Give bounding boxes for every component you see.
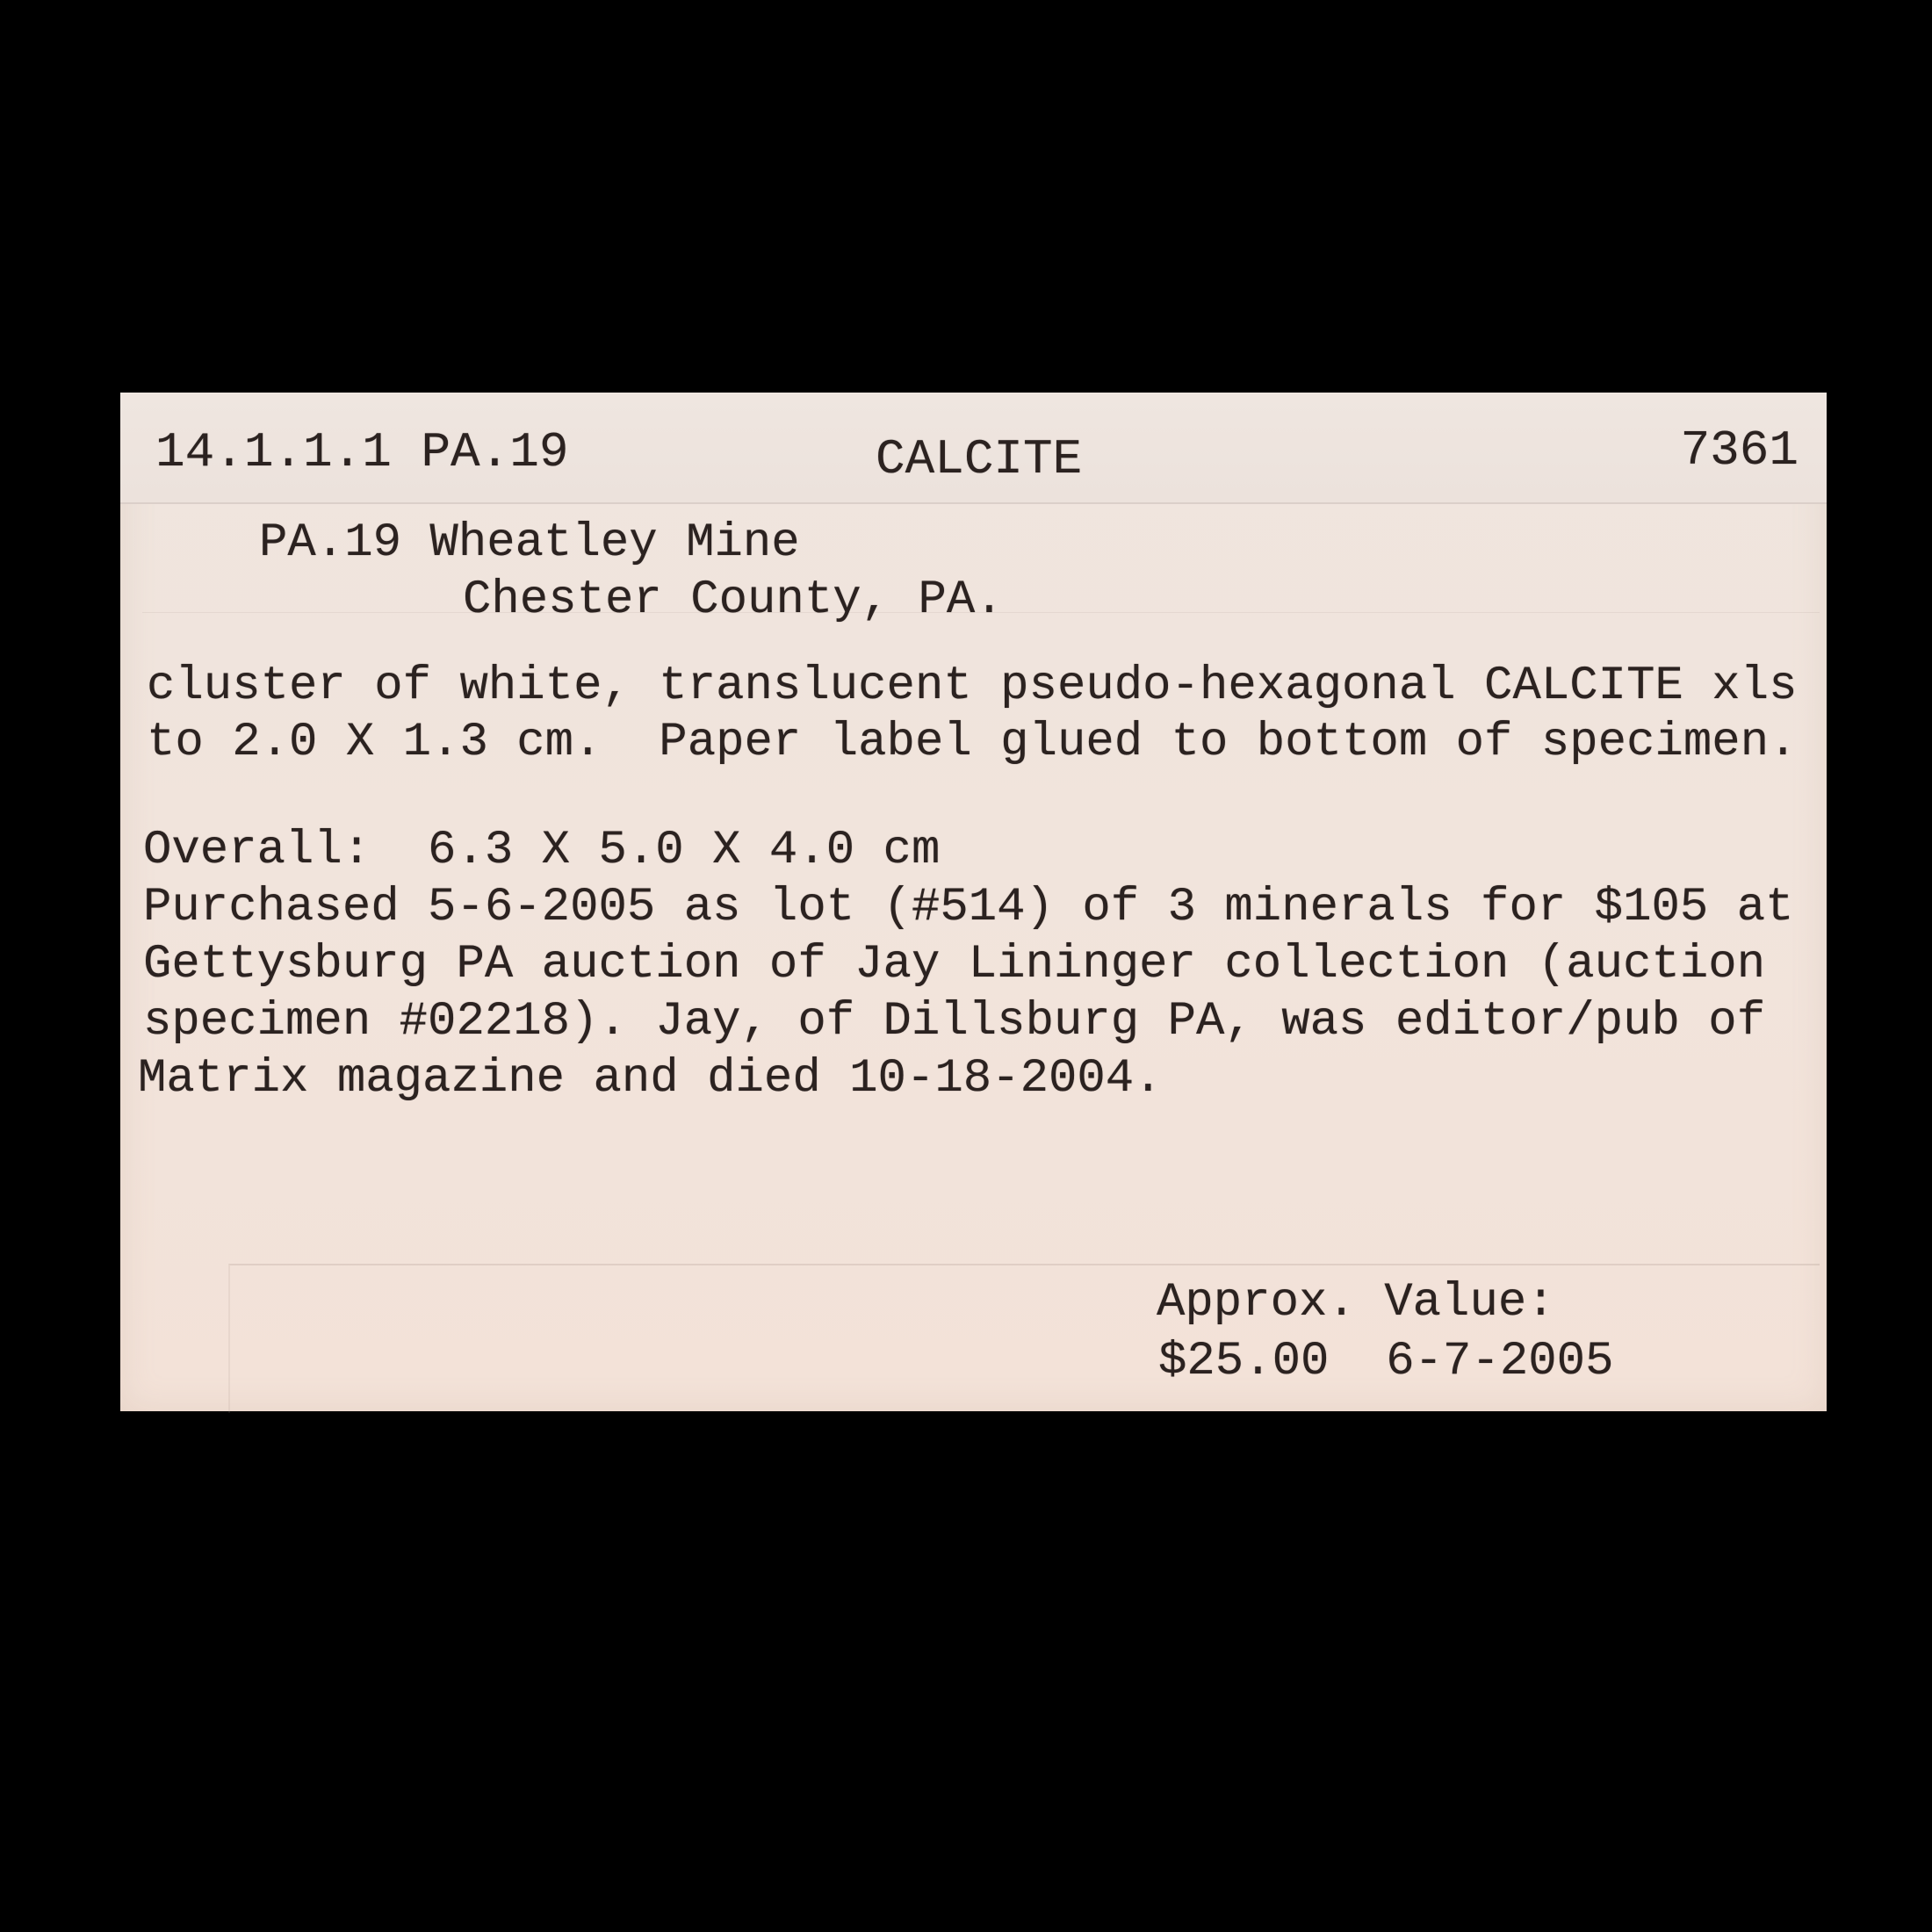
locality-line-1: PA.19 Wheatley Mine	[259, 520, 800, 567]
overall-dimensions: Overall: 6.3 X 5.0 X 4.0 cm	[143, 827, 940, 875]
value-heading: Approx. Value:	[1157, 1280, 1555, 1327]
locality-line-2: Chester County, PA.	[463, 577, 1004, 624]
description-line-2: to 2.0 X 1.3 cm. Paper label glued to bo…	[147, 719, 1798, 767]
specimen-label-card: 14.1.1.1 PA.19 CALCITE 7361 PA.19 Wheatl…	[120, 393, 1827, 1411]
photo-stage: 14.1.1.1 PA.19 CALCITE 7361 PA.19 Wheatl…	[0, 0, 1932, 1932]
provenance-line-4: Matrix magazine and died 10-18-2004.	[138, 1056, 1163, 1103]
catalog-code: 14.1.1.1 PA.19	[155, 428, 568, 477]
provenance-line-2: Gettysburg PA auction of Jay Lininger co…	[143, 941, 1765, 989]
provenance-line-1: Purchased 5-6-2005 as lot (#514) of 3 mi…	[143, 884, 1794, 932]
description-line-1: cluster of white, translucent pseudo-hex…	[147, 663, 1798, 710]
value-amount-date: $25.00 6-7-2005	[1158, 1338, 1613, 1386]
mineral-name: CALCITE	[876, 435, 1082, 484]
specimen-number: 7361	[1681, 426, 1799, 475]
provenance-line-3: specimen #02218). Jay, of Dillsburg PA, …	[143, 998, 1765, 1046]
